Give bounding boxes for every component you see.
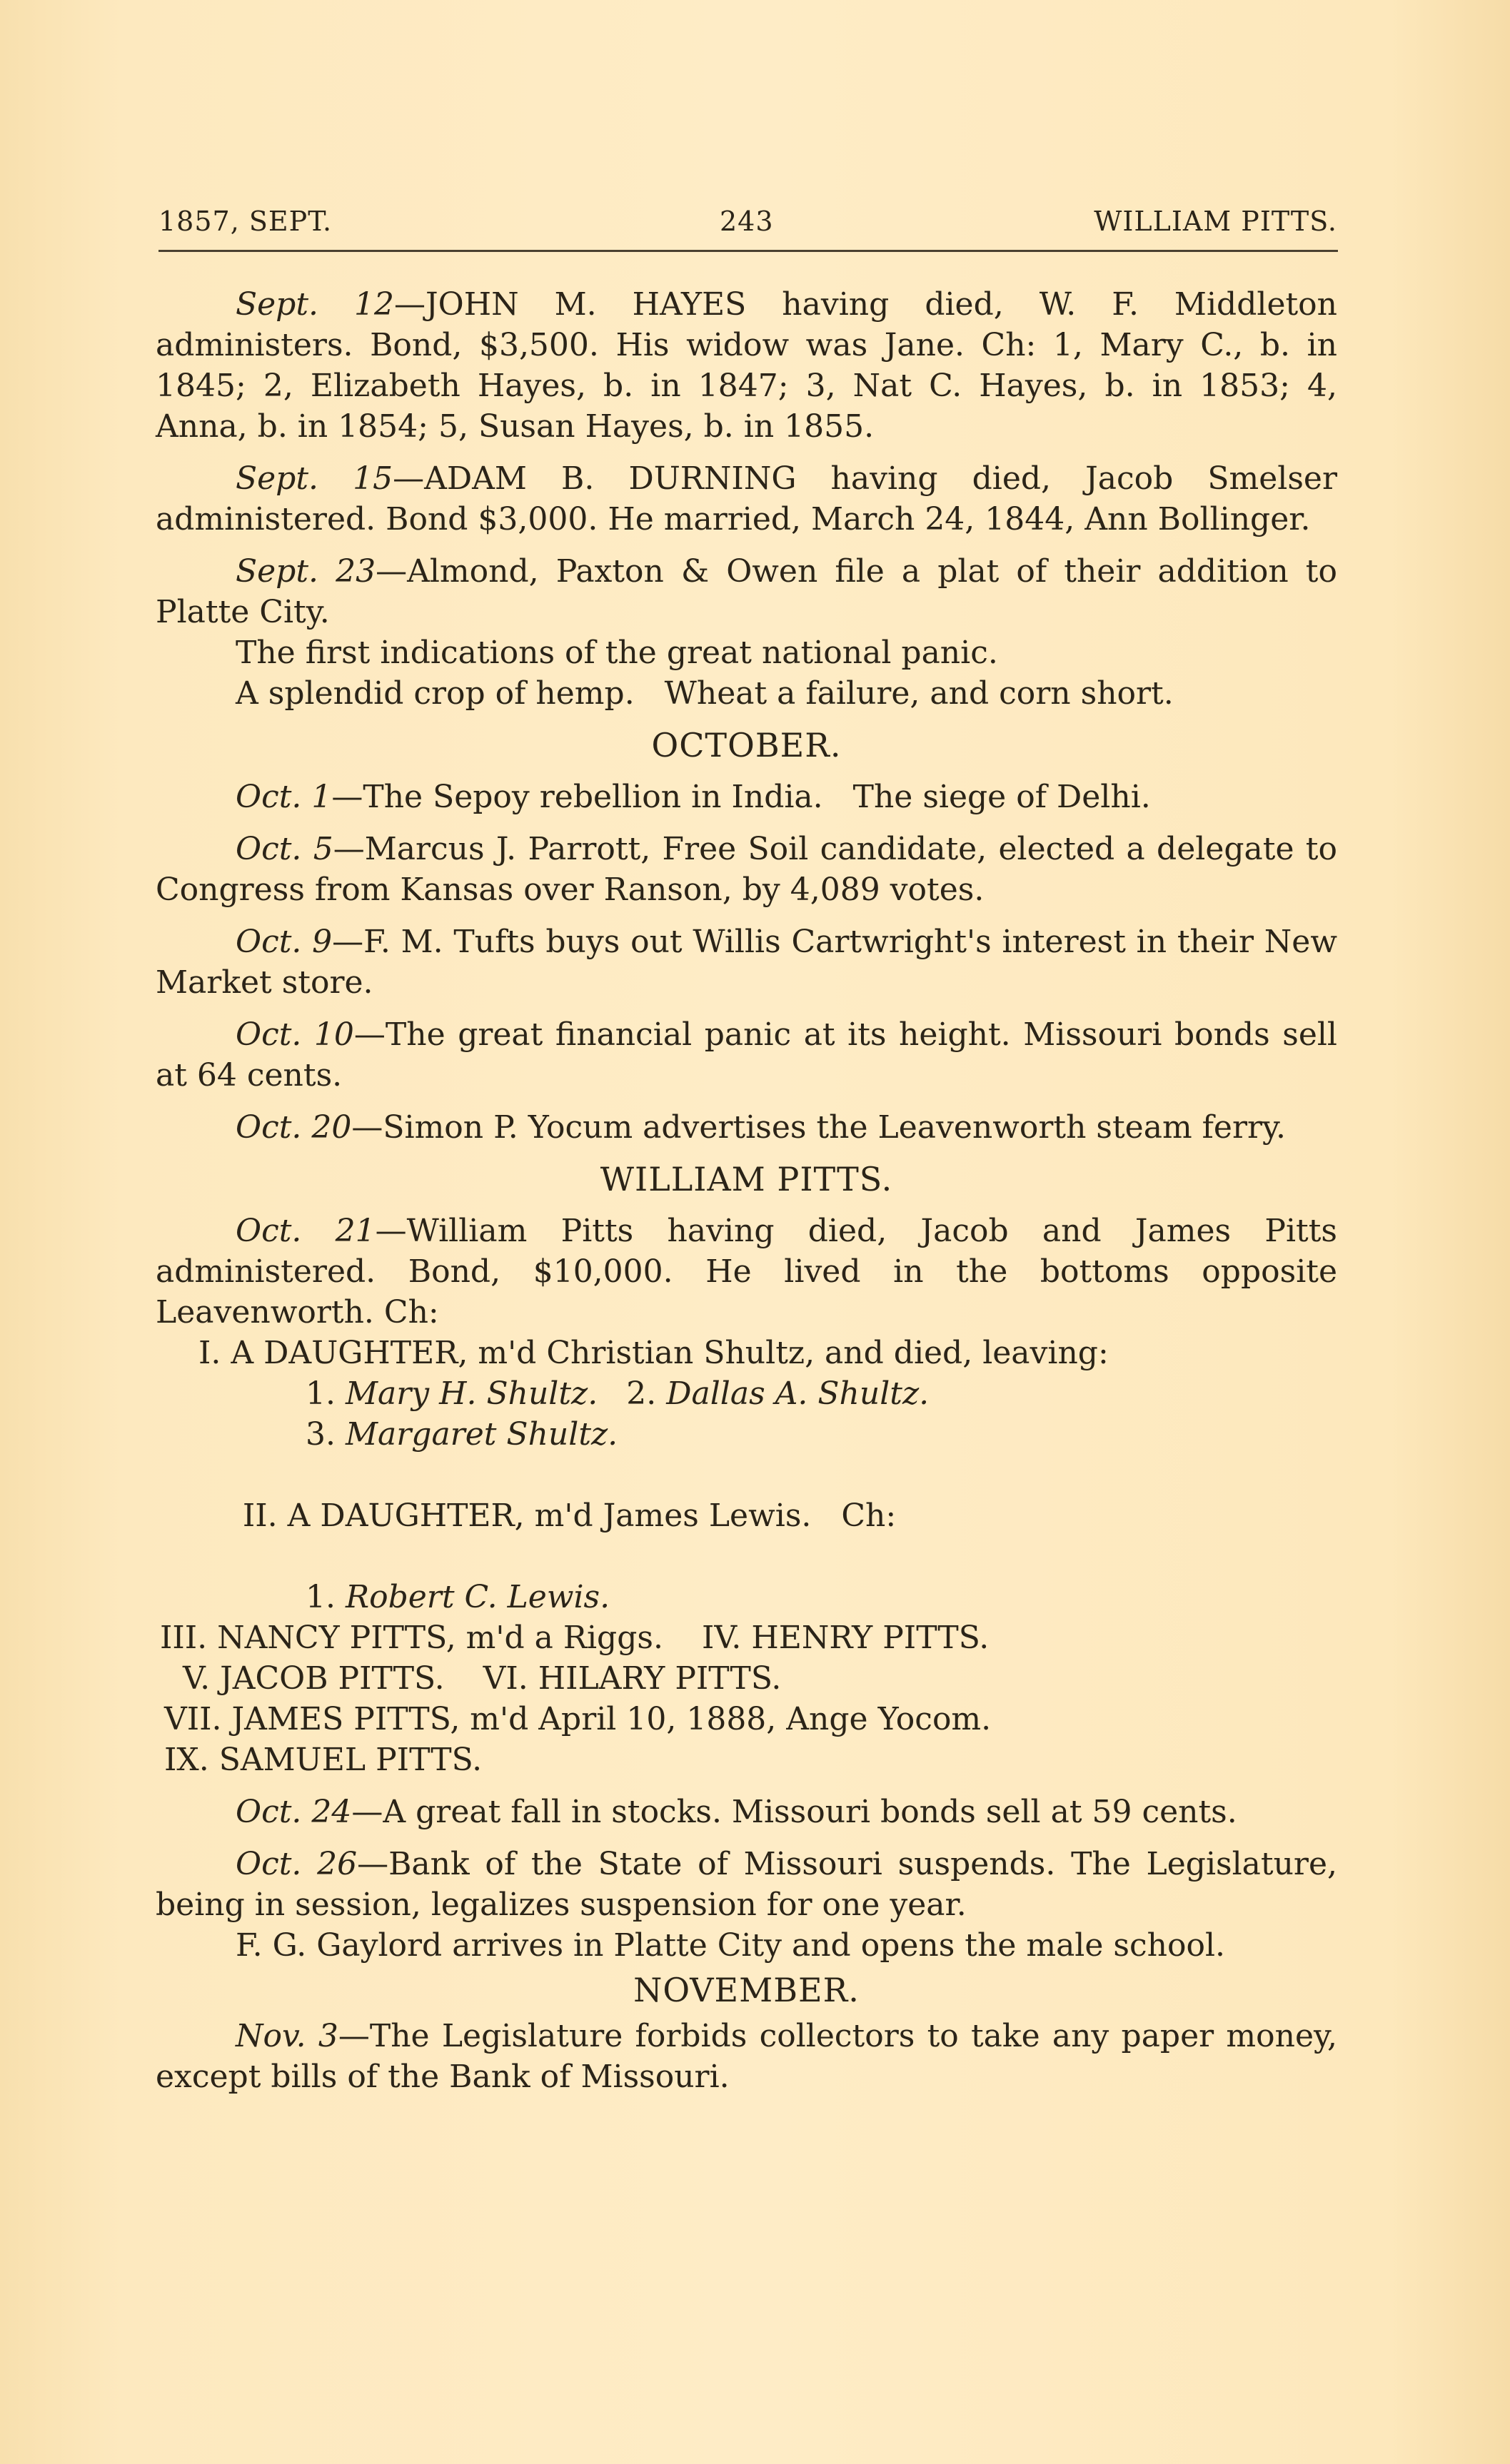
child-text: HILARY PITTS. — [538, 1660, 782, 1697]
section-heading-november: NOVEMBER. — [156, 1969, 1337, 2011]
child-numeral: VI. — [483, 1660, 528, 1697]
child-numeral: III. — [160, 1620, 207, 1656]
note-crops: A splendid crop of hemp. Wheat a failure… — [156, 673, 1337, 714]
entry-date: Oct. 20 — [236, 1109, 351, 1146]
entry-oct-9: Oct. 9—F. M. Tufts buys out Willis Cartw… — [156, 922, 1337, 1003]
entry-date: Oct. 5 — [236, 831, 333, 867]
entry-date: Oct. 1 — [236, 779, 331, 815]
grandchild-number: 1. — [306, 1375, 346, 1412]
running-head: 1857, SEPT. 243 WILLIAM PITTS. — [156, 206, 1337, 241]
note-gaylord: F. G. Gaylord arrives in Platte City and… — [156, 1925, 1337, 1966]
child-text: JAMES PITTS, m'd April 10, 1888, Ange Yo… — [232, 1701, 992, 1737]
entry-nov-3: Nov. 3—The Legislature forbids collector… — [156, 2016, 1337, 2097]
entry-oct-10: Oct. 10—The great financial panic at its… — [156, 1014, 1337, 1096]
child-7: VII. JAMES PITTS, m'd April 10, 1888, An… — [156, 1699, 1337, 1740]
child-text: A DAUGHTER, m'd Christian Shultz, and di… — [231, 1335, 1108, 1371]
section-heading-october: OCTOBER. — [156, 724, 1337, 767]
child-numeral: I. — [198, 1335, 221, 1371]
child-numeral: II. — [243, 1498, 278, 1534]
running-head-date: 1857, SEPT. — [158, 206, 332, 237]
entry-text: —Marcus J. Parrott, Free Soil candidate,… — [156, 831, 1337, 908]
entry-sept-15: Sept. 15—ADAM B. DURNING having died, Ja… — [156, 458, 1337, 540]
note-panic: The first indications of the great natio… — [156, 632, 1337, 673]
child-numeral: IX. — [164, 1742, 209, 1778]
entry-date: Sept. 15 — [236, 460, 393, 497]
grandchild-number: 1. — [306, 1579, 346, 1615]
child-text: SAMUEL PITTS. — [219, 1742, 482, 1778]
entry-oct-26: Oct. 26—Bank of the State of Missouri su… — [156, 1844, 1337, 1925]
child-9: IX. SAMUEL PITTS. — [156, 1740, 1337, 1780]
grandchild-name: Robert C. Lewis. — [346, 1579, 610, 1615]
child-1: I. A DAUGHTER, m'd Christian Shultz, and… — [156, 1333, 1337, 1373]
entry-text: —F. M. Tufts buys out Willis Cartwright'… — [156, 924, 1337, 1001]
grandchild-number: 3. — [306, 1416, 346, 1453]
child-text: A DAUGHTER, m'd James Lewis. Ch: — [288, 1498, 897, 1534]
child-numeral: IV. — [702, 1620, 741, 1656]
child-numeral: VII. — [164, 1701, 222, 1737]
child-text: JACOB PITTS. — [220, 1660, 445, 1697]
child-2: II. A DAUGHTER, m'd James Lewis. Ch: — [156, 1455, 1337, 1577]
entry-date: Sept. 23 — [236, 553, 376, 590]
entry-date: Nov. 3 — [236, 2018, 338, 2054]
entry-oct-20: Oct. 20—Simon P. Yocum advertises the Le… — [156, 1107, 1337, 1148]
children-5-6: V. JACOB PITTS. VI. HILARY PITTS. — [156, 1658, 1337, 1699]
grandchild-name: Margaret Shultz. — [346, 1416, 618, 1453]
entry-date: Oct. 10 — [236, 1016, 354, 1053]
grandchildren-line: 3. Margaret Shultz. — [156, 1414, 1337, 1455]
section-heading-william-pitts: WILLIAM PITTS. — [156, 1158, 1337, 1201]
entry-date: Oct. 21 — [236, 1213, 376, 1249]
entry-date: Oct. 9 — [236, 924, 332, 960]
grandchildren-line: 1. Robert C. Lewis. — [156, 1577, 1337, 1617]
child-text: HENRY PITTS. — [751, 1620, 989, 1656]
entry-text: —The Sepoy rebellion in India. The siege… — [331, 779, 1150, 815]
child-numeral: V. — [183, 1660, 210, 1697]
page-body: Sept. 12—JOHN M. HAYES having died, W. F… — [156, 284, 1337, 2097]
entry-text: —Simon P. Yocum advertises the Leavenwor… — [351, 1109, 1286, 1146]
page-number: 243 — [720, 206, 774, 237]
children-3-4: III. NANCY PITTS, m'd a Riggs. IV. HENRY… — [156, 1617, 1337, 1658]
grandchildren-line: 1. Mary H. Shultz.2. Dallas A. Shultz. — [156, 1373, 1337, 1414]
entry-oct-5: Oct. 5—Marcus J. Parrott, Free Soil cand… — [156, 829, 1337, 910]
grandchild-name: Dallas A. Shultz. — [666, 1375, 929, 1412]
entry-date: Oct. 26 — [236, 1846, 357, 1882]
entry-text: —A great fall in stocks. Missouri bonds … — [351, 1794, 1237, 1830]
header-rule — [158, 250, 1338, 252]
entry-sept-12: Sept. 12—JOHN M. HAYES having died, W. F… — [156, 284, 1337, 447]
entry-date: Sept. 12 — [236, 286, 394, 323]
running-head-title: WILLIAM PITTS. — [1094, 206, 1337, 237]
entry-oct-1: Oct. 1—The Sepoy rebellion in India. The… — [156, 777, 1337, 817]
entry-date: Oct. 24 — [236, 1794, 351, 1830]
entry-sept-23: Sept. 23—Almond, Paxton & Owen file a pl… — [156, 551, 1337, 632]
grandchild-name: Mary H. Shultz. — [346, 1375, 598, 1412]
child-text: NANCY PITTS, m'd a Riggs. — [217, 1620, 663, 1656]
entry-oct-21: Oct. 21—William Pitts having died, Jacob… — [156, 1211, 1337, 1333]
grandchild-number: 2. — [626, 1375, 666, 1412]
entry-oct-24: Oct. 24—A great fall in stocks. Missouri… — [156, 1792, 1337, 1832]
